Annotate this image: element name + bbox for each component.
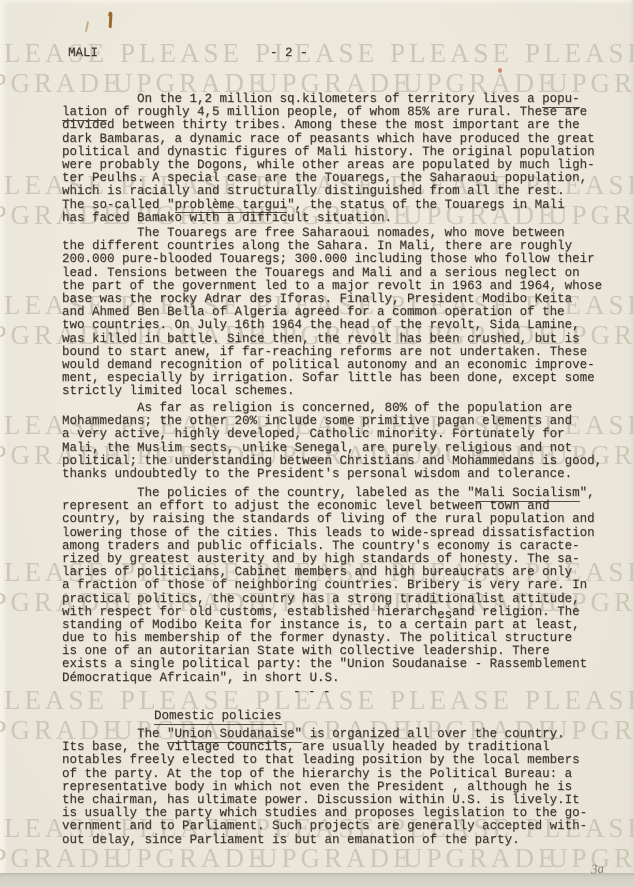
text-line: political and dynastic figures of Mali h… bbox=[62, 146, 595, 159]
watermark-text: PLEASE bbox=[525, 38, 634, 69]
text-line: of the party. At the top of the hierarch… bbox=[62, 768, 587, 781]
text-line: dark Bambaras, a dynamic race of peasant… bbox=[62, 133, 595, 146]
text-line: thanks undoubtedly to the President's pe… bbox=[62, 468, 602, 481]
section-heading-domestic-policies: Domestic policies bbox=[154, 710, 282, 723]
text-line: the part of the government led to a majo… bbox=[62, 280, 602, 293]
watermark-text: UPGRADE bbox=[403, 843, 559, 874]
watermark-text: PLEASE bbox=[390, 685, 513, 716]
watermark-text: PLEASE bbox=[120, 38, 243, 69]
handwritten-page-note: 3a bbox=[590, 861, 604, 878]
section-divider: - - - bbox=[293, 686, 331, 699]
paragraph-touaregs: The Touaregs are free Saharaoui nomades,… bbox=[62, 227, 602, 398]
text-line: Domestic policies bbox=[154, 710, 282, 723]
document-title: MALI bbox=[68, 46, 98, 60]
text-line: two countries. On July 16th 1964 the hea… bbox=[62, 319, 602, 332]
text-line: country, by raising the standards of liv… bbox=[62, 513, 595, 526]
text-line: Mali, the Muslim sects, unlike Senegal, … bbox=[62, 442, 602, 455]
watermark-text: PLEASE bbox=[390, 38, 513, 69]
text-line: lowering those of the cities. This leads… bbox=[62, 527, 595, 540]
text-line: divided between thirty tribes. Among the… bbox=[62, 119, 595, 132]
text-line: was killed in battle. Since then, the re… bbox=[62, 333, 602, 346]
text-line: with respect for old customs, establishe… bbox=[62, 606, 595, 619]
text-line: representative body in which not even th… bbox=[62, 781, 587, 794]
text-line: notables freely elected to that leading … bbox=[62, 754, 587, 767]
text-line: vernment and to Parliament. Such project… bbox=[62, 820, 587, 833]
watermark-text: UPGRADE bbox=[258, 843, 414, 874]
paragraph-union-soudanaise: The "Union Soudanaise" is organized all … bbox=[62, 728, 587, 847]
watermark-text: PLEASE bbox=[0, 685, 108, 716]
text-line: The so-called "problème targui", the sta… bbox=[62, 199, 595, 212]
text-line: bound to start anew, if far-reaching ref… bbox=[62, 346, 602, 359]
paragraph-mali-socialism: The policies of the country, labeled as … bbox=[62, 487, 595, 685]
text-line: exists a single political party: the "Un… bbox=[62, 658, 595, 671]
page-number: - 2 - bbox=[270, 46, 308, 60]
watermark-text: PLEASE bbox=[525, 685, 634, 716]
text-line: political; the understanding between Chr… bbox=[62, 455, 602, 468]
text-line: Démocratique Africain", in short U.S. bbox=[62, 672, 595, 685]
watermark-text: UPGRADE bbox=[0, 843, 124, 874]
text-line: practical politics, the country has a st… bbox=[62, 593, 595, 606]
text-line: - - - bbox=[293, 686, 331, 699]
text-line: has faced Bamako with a difficult situat… bbox=[62, 212, 595, 225]
text-line: 200.000 pure-blooded Touaregs; 300.000 i… bbox=[62, 253, 602, 266]
text-line: out delay, since Parliament is but an em… bbox=[62, 834, 587, 847]
text-line: a fraction of those of neighboring count… bbox=[62, 579, 595, 592]
red-ink-speck bbox=[498, 68, 502, 73]
paragraph-population: On the 1,2 million sq.kilometers of terr… bbox=[62, 93, 595, 225]
scanned-document-page: PLEASEPLEASEPLEASEPLEASEPLEASEUPGRADEUPG… bbox=[0, 0, 634, 887]
text-line: among traders and public officials. The … bbox=[62, 540, 595, 553]
text-line: lead. Tensions between the Touaregs and … bbox=[62, 267, 602, 280]
paragraph-religion: As far as religion is concerned, 80% of … bbox=[62, 402, 602, 481]
text-line: strictly limited local schemes. bbox=[62, 385, 602, 398]
text-line: which is racially and structurally disti… bbox=[62, 185, 595, 198]
text-line: a very active, highly developed, Catholi… bbox=[62, 428, 602, 441]
watermark-text: UPGRADE bbox=[113, 843, 269, 874]
